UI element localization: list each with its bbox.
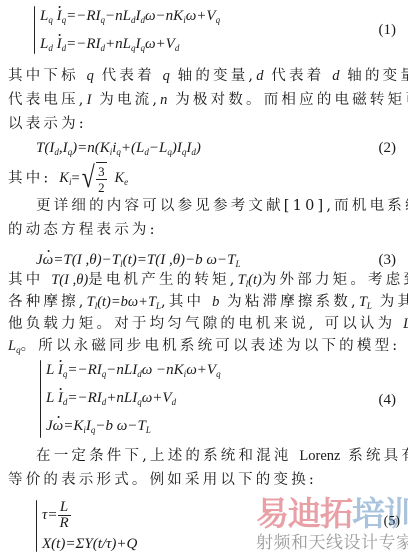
equation-1-line-1: Lq Iq=−RIq−nLdIdω−nKiω+Vq (40, 6, 220, 26)
paragraph-1-line-1: 其中下标 q 代表着 q 轴的变量,d 代表着 d 轴的变量,V (8, 66, 400, 86)
equation-5-brace (36, 500, 37, 552)
equation-2-number: (2) (379, 138, 397, 158)
equation-3-number: (3) (379, 250, 397, 270)
equation-4-number: (4) (379, 390, 397, 410)
equation-2: T(Id,Iq)=n(Kiiq+(Ld−Lq)IqId) (36, 138, 201, 158)
paragraph-3-line-3: 他负载力矩。对于均匀气隙的电机来说, 可以认为 Ld= (8, 314, 400, 334)
equation-4-brace (40, 360, 41, 438)
document-page: Lq Iq=−RIq−nLdIdω−nKiω+Vq Ld Id=−RId+nLq… (0, 0, 408, 557)
paragraph-1-line-2: 代表电压,I 为电流,n 为极对数。而相应的电磁转矩可 (8, 90, 400, 110)
equation-1-brace (34, 6, 35, 54)
paragraph-3-line-4: Lq。所以永磁同步电机系统可以表述为以下的模型: (8, 336, 400, 356)
equation-5-line-2: X(t)=ΣY(t/τ)+Q (42, 534, 137, 554)
equation-5-number: (5) (384, 512, 400, 532)
paragraph-1-line-3: 以表示为: (8, 114, 400, 134)
paragraph-3-line-2: 各种摩擦,Tl(t)=bω+TL,其中 b 为粘滞摩擦系数,TL 为其 (8, 292, 400, 312)
equation-4-line-2: L Id=−RId+nLIqω+Vd (46, 388, 176, 408)
equation-4-line-1: L Iq=−RIq−nLIdω −nKiω+Vq (46, 360, 221, 380)
equation-1-line-2: Ld Id=−RId+nLqIqω+Vd (40, 34, 179, 54)
watermark-tagline: 射频和天线设计专家 (256, 532, 406, 554)
equation-3: Jω=T(I ,θ)−Tl(t)=T(I ,θ)−b ω−TL (36, 250, 241, 270)
paragraph-4-line-2: 等价的表示形式。例如采用以下的变换: (8, 470, 400, 490)
equation-1-number: (1) (379, 20, 397, 40)
paragraph-4-line-1: 在一定条件下,上述的系统和混沌 Lorenz 系统具有 (36, 446, 400, 466)
paragraph-2-line-2: 的动态方程表示为: (8, 220, 400, 240)
paragraph-2-line-1: 更详细的内容可以参见参考文献[10],而机电系统 (36, 196, 400, 216)
paragraph-3-line-1: 其中 T(I ,θ)是电机产生的转矩,Tl(t)为外部力矩。考虑到 (8, 270, 400, 290)
sqrt-symbol: √ (81, 163, 94, 193)
equation-4-line-3: Jω=KiIq−b ω−TL (46, 416, 151, 436)
equation-5-line-1: τ=LR (42, 500, 71, 531)
ki-definition: 其中: Ki=√32 Ke (8, 162, 400, 192)
